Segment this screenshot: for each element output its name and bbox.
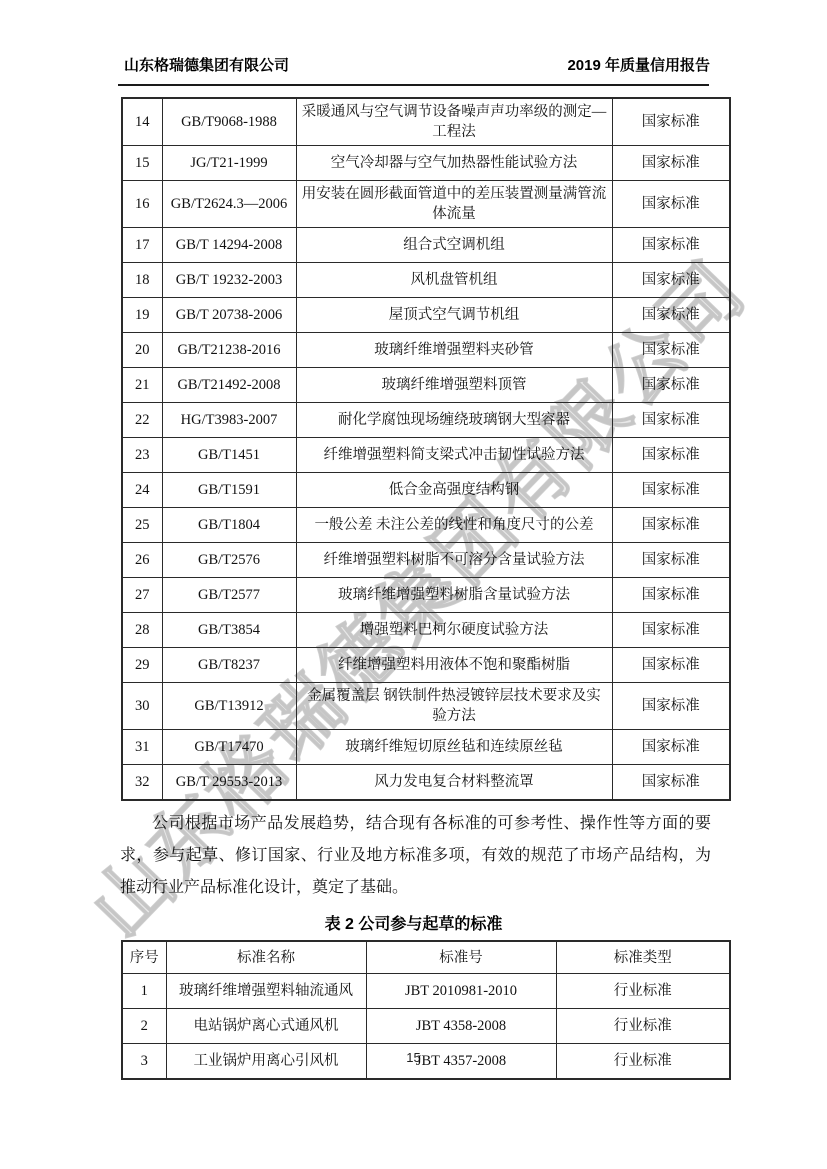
cell-name: 用安装在圆形截面管道中的差压装置测量满管流体流量 xyxy=(296,181,612,228)
cell-name: 电站锅炉离心式通风机 xyxy=(166,1009,366,1044)
cell-no: 16 xyxy=(122,181,162,228)
header-company-name: 山东格瑞德集团有限公司 xyxy=(118,54,289,75)
col-header-name: 标准名称 xyxy=(166,941,366,974)
cell-no: 18 xyxy=(122,263,162,298)
cell-code: GB/T3854 xyxy=(162,613,296,648)
cell-no: 21 xyxy=(122,368,162,403)
cell-code: GB/T9068-1988 xyxy=(162,98,296,146)
col-header-no: 序号 xyxy=(122,941,166,974)
table-row: 17 GB/T 14294-2008 组合式空调机组 国家标准 xyxy=(122,228,730,263)
document-page: 山东格瑞德集团有限公司 山东格瑞德集团有限公司 2019 年质量信用报告 14 … xyxy=(0,0,827,1169)
cell-type: 国家标准 xyxy=(612,181,730,228)
cell-type: 国家标准 xyxy=(612,263,730,298)
cell-type: 国家标准 xyxy=(612,765,730,801)
cell-type: 国家标准 xyxy=(612,508,730,543)
cell-no: 2 xyxy=(122,1009,166,1044)
cell-code: JBT 4358-2008 xyxy=(366,1009,556,1044)
cell-no: 20 xyxy=(122,333,162,368)
cell-type: 国家标准 xyxy=(612,403,730,438)
cell-no: 1 xyxy=(122,974,166,1009)
table-row: 22 HG/T3983-2007 耐化学腐蚀现场缠绕玻璃钢大型容器 国家标准 xyxy=(122,403,730,438)
cell-name: 纤维增强塑料用液体不饱和聚酯树脂 xyxy=(296,648,612,683)
cell-type: 国家标准 xyxy=(612,543,730,578)
col-header-code: 标准号 xyxy=(366,941,556,974)
cell-no: 25 xyxy=(122,508,162,543)
table-row: 16 GB/T2624.3—2006 用安装在圆形截面管道中的差压装置测量满管流… xyxy=(122,181,730,228)
cell-type: 国家标准 xyxy=(612,333,730,368)
cell-no: 22 xyxy=(122,403,162,438)
cell-code: GB/T1804 xyxy=(162,508,296,543)
table-row: 26 GB/T2576 纤维增强塑料树脂不可溶分含量试验方法 国家标准 xyxy=(122,543,730,578)
cell-code: JBT 2010981-2010 xyxy=(366,974,556,1009)
body-paragraph: 公司根据市场产品发展趋势，结合现有各标准的可参考性、操作性等方面的要求，参与起草… xyxy=(120,808,711,904)
cell-name: 屋顶式空气调节机组 xyxy=(296,298,612,333)
cell-no: 3 xyxy=(122,1044,166,1080)
cell-type: 国家标准 xyxy=(612,578,730,613)
cell-no: 26 xyxy=(122,543,162,578)
cell-type: 国家标准 xyxy=(612,613,730,648)
table-row: 30 GB/T13912 金属覆盖层 钢铁制件热浸镀锌层技术要求及实验方法 国家… xyxy=(122,683,730,730)
cell-code: GB/T2576 xyxy=(162,543,296,578)
cell-type: 国家标准 xyxy=(612,298,730,333)
cell-name: 一般公差 未注公差的线性和角度尺寸的公差 xyxy=(296,508,612,543)
table-row: 25 GB/T1804 一般公差 未注公差的线性和角度尺寸的公差 国家标准 xyxy=(122,508,730,543)
cell-name: 风机盘管机组 xyxy=(296,263,612,298)
cell-code: GB/T17470 xyxy=(162,730,296,765)
cell-code: GB/T13912 xyxy=(162,683,296,730)
cell-code: GB/T1591 xyxy=(162,473,296,508)
cell-code: GB/T21492-2008 xyxy=(162,368,296,403)
cell-name: 玻璃纤维短切原丝毡和连续原丝毡 xyxy=(296,730,612,765)
cell-no: 17 xyxy=(122,228,162,263)
page-header: 山东格瑞德集团有限公司 2019 年质量信用报告 xyxy=(118,0,710,75)
cell-no: 19 xyxy=(122,298,162,333)
cell-type: 国家标准 xyxy=(612,98,730,146)
cell-no: 28 xyxy=(122,613,162,648)
cell-type: 国家标准 xyxy=(612,228,730,263)
table2-title: 表 2 公司参与起草的标准 xyxy=(0,911,827,934)
cell-type: 国家标准 xyxy=(612,730,730,765)
table-row: 21 GB/T21492-2008 玻璃纤维增强塑料顶管 国家标准 xyxy=(122,368,730,403)
cell-name: 采暖通风与空气调节设备噪声声功率级的测定—工程法 xyxy=(296,98,612,146)
col-header-type: 标准类型 xyxy=(556,941,730,974)
cell-no: 30 xyxy=(122,683,162,730)
cell-code: JG/T21-1999 xyxy=(162,146,296,181)
cell-name: 工业锅炉用离心引风机 xyxy=(166,1044,366,1080)
cell-code: GB/T 19232-2003 xyxy=(162,263,296,298)
cell-name: 耐化学腐蚀现场缠绕玻璃钢大型容器 xyxy=(296,403,612,438)
cell-no: 32 xyxy=(122,765,162,801)
table-row: 3 工业锅炉用离心引风机 JBT 4357-2008 行业标准 xyxy=(122,1044,730,1080)
cell-type: 国家标准 xyxy=(612,438,730,473)
cell-code: GB/T21238-2016 xyxy=(162,333,296,368)
table-row: 24 GB/T1591 低合金高强度结构钢 国家标准 xyxy=(122,473,730,508)
cell-name: 纤维增强塑料树脂不可溶分含量试验方法 xyxy=(296,543,612,578)
cell-code: GB/T1451 xyxy=(162,438,296,473)
cell-no: 29 xyxy=(122,648,162,683)
header-rule xyxy=(118,84,709,86)
cell-type: 国家标准 xyxy=(612,146,730,181)
cell-type: 国家标准 xyxy=(612,473,730,508)
cell-name: 玻璃纤维增强塑料轴流通风 xyxy=(166,974,366,1009)
cell-name: 玻璃纤维增强塑料夹砂管 xyxy=(296,333,612,368)
table-row: 19 GB/T 20738-2006 屋顶式空气调节机组 国家标准 xyxy=(122,298,730,333)
table-row: 15 JG/T21-1999 空气冷却器与空气加热器性能试验方法 国家标准 xyxy=(122,146,730,181)
table-row: 20 GB/T21238-2016 玻璃纤维增强塑料夹砂管 国家标准 xyxy=(122,333,730,368)
cell-name: 空气冷却器与空气加热器性能试验方法 xyxy=(296,146,612,181)
cell-no: 27 xyxy=(122,578,162,613)
cell-name: 风力发电复合材料整流罩 xyxy=(296,765,612,801)
cell-name: 增强塑料巴柯尔硬度试验方法 xyxy=(296,613,612,648)
table-row: 1 玻璃纤维增强塑料轴流通风 JBT 2010981-2010 行业标准 xyxy=(122,974,730,1009)
cell-code: GB/T2624.3—2006 xyxy=(162,181,296,228)
cell-no: 23 xyxy=(122,438,162,473)
cell-no: 14 xyxy=(122,98,162,146)
cell-type: 行业标准 xyxy=(556,1009,730,1044)
cell-type: 行业标准 xyxy=(556,974,730,1009)
cell-type: 国家标准 xyxy=(612,683,730,730)
national-standards-table: 14 GB/T9068-1988 采暖通风与空气调节设备噪声声功率级的测定—工程… xyxy=(121,97,731,801)
table-row: 28 GB/T3854 增强塑料巴柯尔硬度试验方法 国家标准 xyxy=(122,613,730,648)
table-header-row: 序号 标准名称 标准号 标准类型 xyxy=(122,941,730,974)
cell-type: 国家标准 xyxy=(612,368,730,403)
table-row: 31 GB/T17470 玻璃纤维短切原丝毡和连续原丝毡 国家标准 xyxy=(122,730,730,765)
header-report-title: 2019 年质量信用报告 xyxy=(567,54,710,75)
table-row: 32 GB/T 29553-2013 风力发电复合材料整流罩 国家标准 xyxy=(122,765,730,801)
cell-name: 低合金高强度结构钢 xyxy=(296,473,612,508)
cell-type: 行业标准 xyxy=(556,1044,730,1080)
table-row: 14 GB/T9068-1988 采暖通风与空气调节设备噪声声功率级的测定—工程… xyxy=(122,98,730,146)
cell-code: GB/T2577 xyxy=(162,578,296,613)
cell-code: GB/T 29553-2013 xyxy=(162,765,296,801)
cell-code: JBT 4357-2008 xyxy=(366,1044,556,1080)
cell-name: 组合式空调机组 xyxy=(296,228,612,263)
cell-code: GB/T 20738-2006 xyxy=(162,298,296,333)
cell-name: 金属覆盖层 钢铁制件热浸镀锌层技术要求及实验方法 xyxy=(296,683,612,730)
cell-name: 纤维增强塑料简支梁式冲击韧性试验方法 xyxy=(296,438,612,473)
cell-name: 玻璃纤维增强塑料树脂含量试验方法 xyxy=(296,578,612,613)
table-row: 27 GB/T2577 玻璃纤维增强塑料树脂含量试验方法 国家标准 xyxy=(122,578,730,613)
table-row: 23 GB/T1451 纤维增强塑料简支梁式冲击韧性试验方法 国家标准 xyxy=(122,438,730,473)
cell-no: 15 xyxy=(122,146,162,181)
drafted-standards-table: 序号 标准名称 标准号 标准类型 1 玻璃纤维增强塑料轴流通风 JBT 2010… xyxy=(121,940,731,1080)
cell-type: 国家标准 xyxy=(612,648,730,683)
cell-code: GB/T 14294-2008 xyxy=(162,228,296,263)
cell-name: 玻璃纤维增强塑料顶管 xyxy=(296,368,612,403)
table-row: 29 GB/T8237 纤维增强塑料用液体不饱和聚酯树脂 国家标准 xyxy=(122,648,730,683)
table-row: 18 GB/T 19232-2003 风机盘管机组 国家标准 xyxy=(122,263,730,298)
cell-no: 24 xyxy=(122,473,162,508)
table-row: 2 电站锅炉离心式通风机 JBT 4358-2008 行业标准 xyxy=(122,1009,730,1044)
cell-code: GB/T8237 xyxy=(162,648,296,683)
cell-no: 31 xyxy=(122,730,162,765)
cell-code: HG/T3983-2007 xyxy=(162,403,296,438)
